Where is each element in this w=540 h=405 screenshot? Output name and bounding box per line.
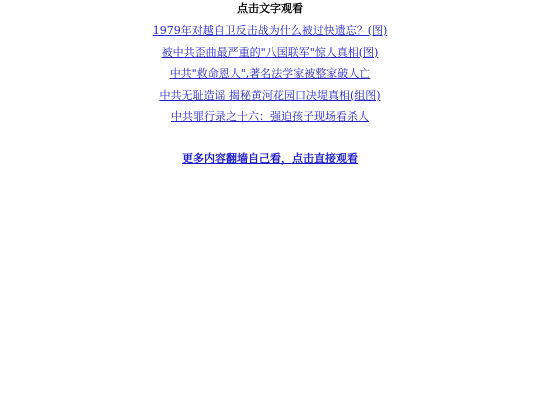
list-item: 中共"救命恩人",著名法学家被整家破人亡: [0, 67, 540, 89]
article-link-1[interactable]: 1979年对越自卫反击战为什么被过快遗忘？(图): [153, 24, 388, 37]
link-list: 1979年对越自卫反击战为什么被过快遗忘？(图) 被中共歪曲最严重的"八国联军"…: [0, 24, 540, 132]
article-link-5[interactable]: 中共罪行录之十六：强迫孩子现场看杀人: [171, 110, 369, 123]
list-item: 中共无耻造谣 揭秘黄河花园口决堤真相(组图): [0, 89, 540, 111]
article-link-4[interactable]: 中共无耻造谣 揭秘黄河花园口决堤真相(组图): [159, 89, 380, 102]
spacer: [0, 132, 540, 152]
list-item: 中共罪行录之十六：强迫孩子现场看杀人: [0, 110, 540, 132]
more-content-link[interactable]: 更多内容翻墙自己看，点击直接观看: [182, 152, 358, 165]
article-link-3[interactable]: 中共"救命恩人",著名法学家被整家破人亡: [170, 67, 371, 80]
more-link-row: 更多内容翻墙自己看，点击直接观看: [0, 152, 540, 174]
article-link-2[interactable]: 被中共歪曲最严重的"八国联军"惊人真相(图): [162, 46, 379, 59]
list-item: 被中共歪曲最严重的"八国联军"惊人真相(图): [0, 46, 540, 68]
list-item: 1979年对越自卫反击战为什么被过快遗忘？(图): [0, 24, 540, 46]
page-container: 点击文字观看 1979年对越自卫反击战为什么被过快遗忘？(图) 被中共歪曲最严重…: [0, 0, 540, 173]
page-title: 点击文字观看: [0, 2, 540, 16]
